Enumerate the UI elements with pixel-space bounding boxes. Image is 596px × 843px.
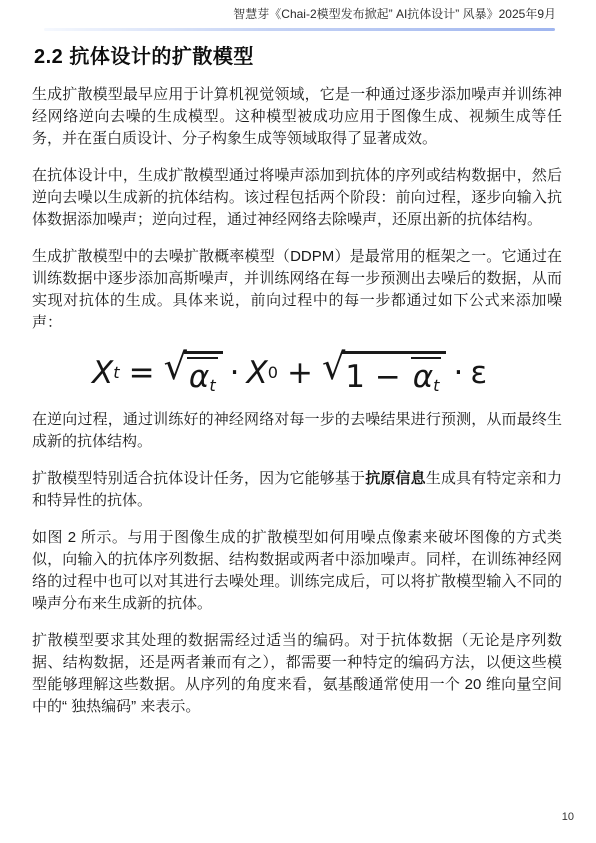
page-content: 2.2 抗体设计的扩散模型 生成扩散模型最早应用于计算机视觉领域，它是一种通过逐… xyxy=(32,0,562,733)
dot-operator: · xyxy=(453,355,463,391)
paragraph: 在逆向过程，通过训练好的神经网络对每一步的去噪结果进行预测，从而最终生成新的抗体… xyxy=(32,409,562,453)
paragraph-text: 扩散模型特别适合抗体设计任务，因为它能够基于 xyxy=(32,470,365,487)
equals-sign: = xyxy=(129,355,155,391)
document-page: 智慧芽《Chai-2模型发布掀起” AI抗体设计” 风暴》2025年9月 2.2… xyxy=(0,0,596,843)
paragraph: 如图 2 所示。与用于图像生成的扩散模型如何用噪点像素来破坏图像的方式类似，向输… xyxy=(32,527,562,615)
alpha-subscript: t xyxy=(209,376,215,395)
paragraph: 扩散模型特别适合抗体设计任务，因为它能够基于抗原信息生成具有特定亲和力和特异性的… xyxy=(32,468,562,512)
bold-term: 抗原信息 xyxy=(365,470,426,487)
paragraph: 扩散模型要求其处理的数据需经过适当的编码。对于抗体数据（无论是序列数据、结构数据… xyxy=(32,630,562,718)
sqrt-alpha-bar: √αt xyxy=(164,351,223,395)
formula-ddpm: Xt = √αt · X0 + √1 − αt · ε xyxy=(92,351,562,395)
paragraph-text: 扩散模型要求其处理的数据需经过适当的编码。对于抗体数据（无论是序列数据、结构数据… xyxy=(32,632,562,715)
page-number: 10 xyxy=(562,811,574,823)
alpha-subscript: t xyxy=(433,376,439,395)
formula-lhs: X xyxy=(92,355,113,391)
plus-sign: + xyxy=(287,355,313,391)
sqrt-one-minus-alpha-bar: √1 − αt xyxy=(322,351,446,395)
radical-sign: √ xyxy=(164,350,187,385)
paragraphs-before-formula: 生成扩散模型最早应用于计算机视觉领域，它是一种通过逐步添加噪声并训练神经网络逆向… xyxy=(32,84,562,334)
alpha-symbol: α xyxy=(189,359,209,395)
paragraph-text: 生成扩散模型最早应用于计算机视觉领域，它是一种通过逐步添加噪声并训练神经网络逆向… xyxy=(32,86,562,147)
paragraph: 生成扩散模型中的去噪扩散概率模型（DDPM）是最常用的框架之一。它通过在训练数据… xyxy=(32,246,562,334)
radical-sign: √ xyxy=(322,350,345,385)
paragraphs-after-formula: 在逆向过程，通过训练好的神经网络对每一步的去噪结果进行预测，从而最终生成新的抗体… xyxy=(32,409,562,718)
paragraph: 生成扩散模型最早应用于计算机视觉领域，它是一种通过逐步添加噪声并训练神经网络逆向… xyxy=(32,84,562,150)
one-minus-term: 1 − xyxy=(345,359,410,395)
paragraph-text: 如图 2 所示。与用于图像生成的扩散模型如何用噪点像素来破坏图像的方式类似，向输… xyxy=(32,529,562,612)
alpha-symbol: α xyxy=(413,359,433,395)
epsilon-symbol: ε xyxy=(470,355,487,391)
formula-x0: X xyxy=(247,355,268,391)
paragraph-text: 在逆向过程，通过训练好的神经网络对每一步的去噪结果进行预测，从而最终生成新的抗体… xyxy=(32,411,562,450)
paragraph-text: 在抗体设计中，生成扩散模型通过将噪声添加到抗体的序列或结构数据中，然后逆向去噪以… xyxy=(32,167,562,228)
paragraph: 在抗体设计中，生成扩散模型通过将噪声添加到抗体的序列或结构数据中，然后逆向去噪以… xyxy=(32,165,562,231)
dot-operator: · xyxy=(230,355,240,391)
section-title: 2.2 抗体设计的扩散模型 xyxy=(34,46,562,68)
paragraph-text: 生成扩散模型中的去噪扩散概率模型（DDPM）是最常用的框架之一。它通过在训练数据… xyxy=(32,248,562,331)
